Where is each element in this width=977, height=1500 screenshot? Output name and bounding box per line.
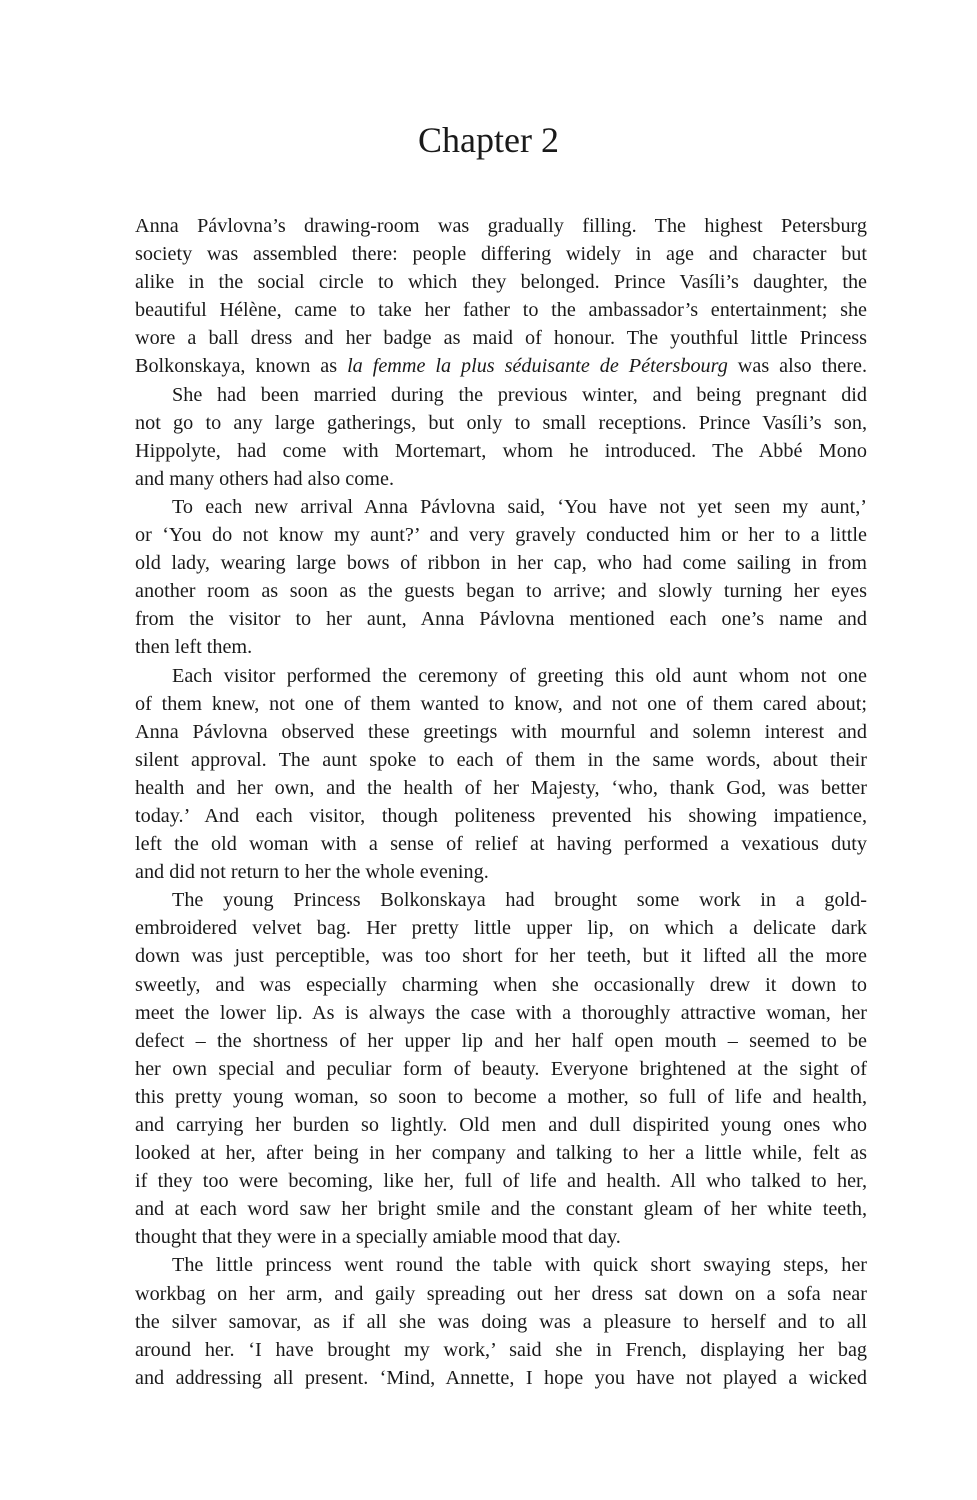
text-line: another room as soon as the guests began… <box>135 577 867 605</box>
text-run: was also there. <box>728 355 867 377</box>
text-line: Anna Pávlovna observed these greetings w… <box>135 718 867 746</box>
text-line: beautiful Hélène, came to take her fathe… <box>135 296 867 324</box>
text-line: not go to any large gatherings, but only… <box>135 409 867 437</box>
paragraph: She had been married during the previous… <box>135 381 867 493</box>
paragraph: Each visitor performed the ceremony of g… <box>135 662 867 887</box>
text-line: of them knew, not one of them wanted to … <box>135 690 867 718</box>
text-line: today.’ And each visitor, though politen… <box>135 802 867 830</box>
text-line: meet the lower lip. As is always the cas… <box>135 999 867 1027</box>
paragraph: The little princess went round the table… <box>135 1251 867 1391</box>
italic-phrase: la femme la plus séduisante de Pétersbou… <box>347 355 728 377</box>
text-line: and did not return to her the whole even… <box>135 858 867 886</box>
text-line: health and her own, and the health of he… <box>135 774 867 802</box>
text-line: down was just perceptible, was too short… <box>135 942 867 970</box>
text-line: her own special and peculiar form of bea… <box>135 1055 867 1083</box>
text-line: Bolkonskaya, known as la femme la plus s… <box>135 352 867 380</box>
text-line: To each new arrival Anna Pávlovna said, … <box>135 493 867 521</box>
text-line: silent approval. The aunt spoke to each … <box>135 746 867 774</box>
text-line: the silver samovar, as if all she was do… <box>135 1308 867 1336</box>
text-line: this pretty young woman, so soon to beco… <box>135 1083 867 1111</box>
text-line: The little princess went round the table… <box>135 1251 867 1279</box>
text-line: Anna Pávlovna’s drawing-room was gradual… <box>135 212 867 240</box>
text-line: wore a ball dress and her badge as maid … <box>135 324 867 352</box>
text-line: and carrying her burden so lightly. Old … <box>135 1111 867 1139</box>
text-line: defect – the shortness of her upper lip … <box>135 1027 867 1055</box>
paragraph: Anna Pávlovna’s drawing-room was gradual… <box>135 212 867 381</box>
chapter-body: Anna Pávlovna’s drawing-room was gradual… <box>135 212 867 1392</box>
text-line: or ‘You do not know my aunt?’ and very g… <box>135 521 867 549</box>
text-line: thought that they were in a specially am… <box>135 1223 867 1251</box>
text-line: looked at her, after being in her compan… <box>135 1139 867 1167</box>
text-line: society was assembled there: people diff… <box>135 240 867 268</box>
paragraph: The young Princess Bolkonskaya had broug… <box>135 886 867 1251</box>
text-line: left the old woman with a sense of relie… <box>135 830 867 858</box>
text-line: around her. ‘I have brought my work,’ sa… <box>135 1336 867 1364</box>
paragraph: To each new arrival Anna Pávlovna said, … <box>135 493 867 662</box>
text-line: Each visitor performed the ceremony of g… <box>135 662 867 690</box>
text-line: if they too were becoming, like her, ful… <box>135 1167 867 1195</box>
text-line: and at each word saw her bright smile an… <box>135 1195 867 1223</box>
text-line: then left them. <box>135 633 867 661</box>
text-run: Bolkonskaya, known as <box>135 355 347 377</box>
text-line: old lady, wearing large bows of ribbon i… <box>135 549 867 577</box>
text-line: alike in the social circle to which they… <box>135 268 867 296</box>
chapter-title: Chapter 2 <box>0 116 977 164</box>
text-line: and addressing all present. ‘Mind, Annet… <box>135 1364 867 1392</box>
text-line: from the visitor to her aunt, Anna Pávlo… <box>135 605 867 633</box>
text-line: The young Princess Bolkonskaya had broug… <box>135 886 867 914</box>
text-line: Hippolyte, had come with Mortemart, whom… <box>135 437 867 465</box>
text-line: workbag on her arm, and gaily spreading … <box>135 1280 867 1308</box>
text-line: and many others had also come. <box>135 465 867 493</box>
text-line: sweetly, and was especially charming whe… <box>135 971 867 999</box>
text-line: She had been married during the previous… <box>135 381 867 409</box>
text-line: embroidered velvet bag. Her pretty littl… <box>135 914 867 942</box>
